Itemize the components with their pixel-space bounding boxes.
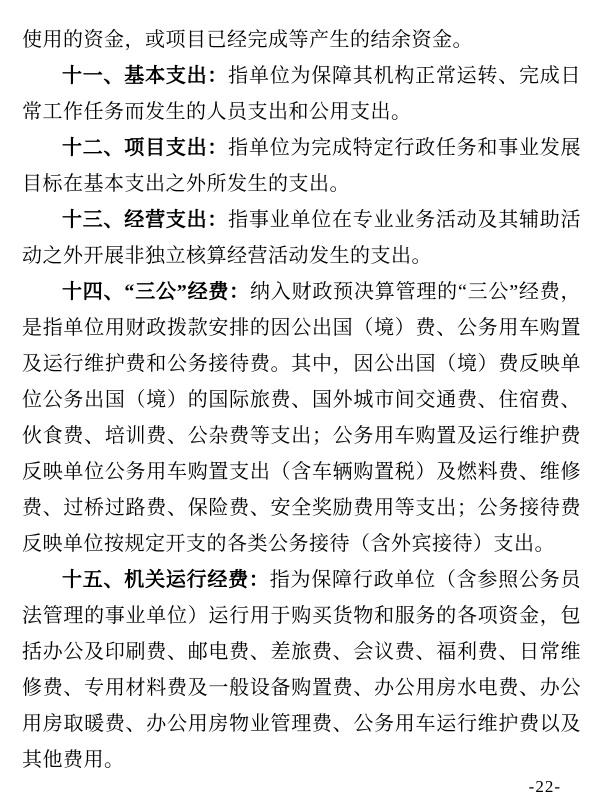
paragraph-item-11: 十一、基本支出：指单位为保障其机构正常运转、完成日常工作任务而发生的人员支出和公… (22, 58, 581, 130)
document-page: 使用的资金，或项目已经完成等产生的结余资金。 十一、基本支出：指单位为保障其机构… (0, 0, 605, 809)
paragraph-text: 使用的资金，或项目已经完成等产生的结余资金。 (22, 29, 473, 51)
paragraph-continuation: 使用的资金，或项目已经完成等产生的结余资金。 (22, 22, 581, 58)
paragraph-item-15: 十五、机关运行经费：指为保障行政单位（含参照公务员法管理的事业单位）运行用于购买… (22, 562, 581, 778)
section-heading-basic-expenditure: 十一、基本支出： (62, 65, 228, 87)
section-heading-project-expenditure: 十二、项目支出： (62, 137, 228, 159)
paragraph-item-14: 十四、“三公”经费：纳入财政预决算管理的“三公”经费，是指单位用财政拨款安排的因… (22, 274, 581, 562)
section-heading-operating-expenditure: 十三、经营支出： (62, 209, 228, 231)
paragraph-item-12: 十二、项目支出：指单位为完成特定行政任务和事业发展目标在基本支出之外所发生的支出… (22, 130, 581, 202)
section-heading-three-public-funds: 十四、“三公”经费： (62, 281, 250, 303)
paragraph-text: 纳入财政预决算管理的“三公”经费，是指单位用财政拨款安排的因公出国（境）费、公务… (22, 281, 581, 555)
paragraph-item-13: 十三、经营支出：指事业单位在专业业务活动及其辅助活动之外开展非独立核算经营活动发… (22, 202, 581, 274)
section-heading-agency-operating-funds: 十五、机关运行经费： (62, 569, 270, 591)
paragraph-text: 指为保障行政单位（含参照公务员法管理的事业单位）运行用于购买货物和服务的各项资金… (22, 569, 581, 771)
page-number: -22- (529, 777, 561, 797)
